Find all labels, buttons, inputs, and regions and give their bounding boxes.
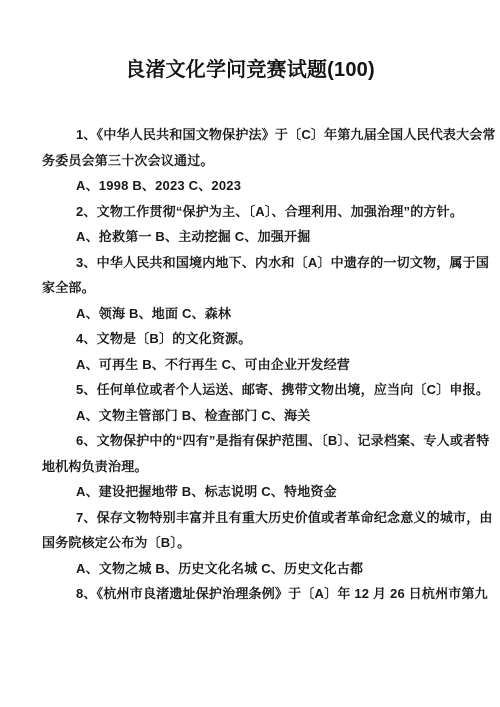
document-line-options: A、领海 B、地面 C、森林 — [42, 301, 476, 327]
document-line-question: 7、保存文物特别丰富并且有重大历史价值或者革命纪念意义的城市，由 — [42, 505, 476, 531]
document-line-question: 6、文物保护中的“四有”是指有保护范围、〔B〕、记录档案、专人或者特 — [42, 428, 476, 454]
document-line-options: A、建设把握地带 B、标志说明 C、特地资金 — [42, 479, 476, 505]
document-line-question: 2、文物工作贯彻“保护为主、〔A〕、合理利用、加强治理”的方针。 — [42, 199, 476, 225]
document-page: 良渚文化学问竞赛试题(100) 1、《中华人民共和国文物保护法》于〔C〕年第九届… — [0, 0, 500, 707]
document-line-continuation: 务委员会第三十次会议通过。 — [42, 148, 476, 174]
document-line-continuation: 家全部。 — [42, 275, 476, 301]
document-line-continuation: 地机构负责治理。 — [42, 454, 476, 480]
document-line-options: A、抢救第一 B、主动挖掘 C、加强开掘 — [42, 224, 476, 250]
document-title: 良渚文化学问竞赛试题(100) — [0, 0, 500, 84]
document-line-options: A、文物主管部门 B、检查部门 C、海关 — [42, 403, 476, 429]
document-line-question: 3、中华人民共和国境内地下、内水和〔A〕中遗存的一切文物，属于国 — [42, 250, 476, 276]
question-list: 1、《中华人民共和国文物保护法》于〔C〕年第九届全国人民代表大会常务委员会第三十… — [0, 122, 500, 607]
document-line-options: A、可再生 B、不行再生 C、可由企业开发经营 — [42, 352, 476, 378]
document-line-question: 5、任何单位或者个人运送、邮寄、携带文物出境，应当向〔C〕申报。 — [42, 377, 476, 403]
document-line-options: A、1998 B、2023 C、2023 — [42, 173, 476, 199]
document-line-question: 8、《杭州市良渚遗址保护治理条例》于〔A〕年 12 月 26 日杭州市第九 — [42, 581, 476, 607]
document-line-question: 4、文物是〔B〕的文化资源。 — [42, 326, 476, 352]
document-line-question: 1、《中华人民共和国文物保护法》于〔C〕年第九届全国人民代表大会常 — [42, 122, 476, 148]
document-line-continuation: 国务院核定公布为〔B〕。 — [42, 530, 476, 556]
document-line-options: A、文物之城 B、历史文化名城 C、历史文化古都 — [42, 556, 476, 582]
